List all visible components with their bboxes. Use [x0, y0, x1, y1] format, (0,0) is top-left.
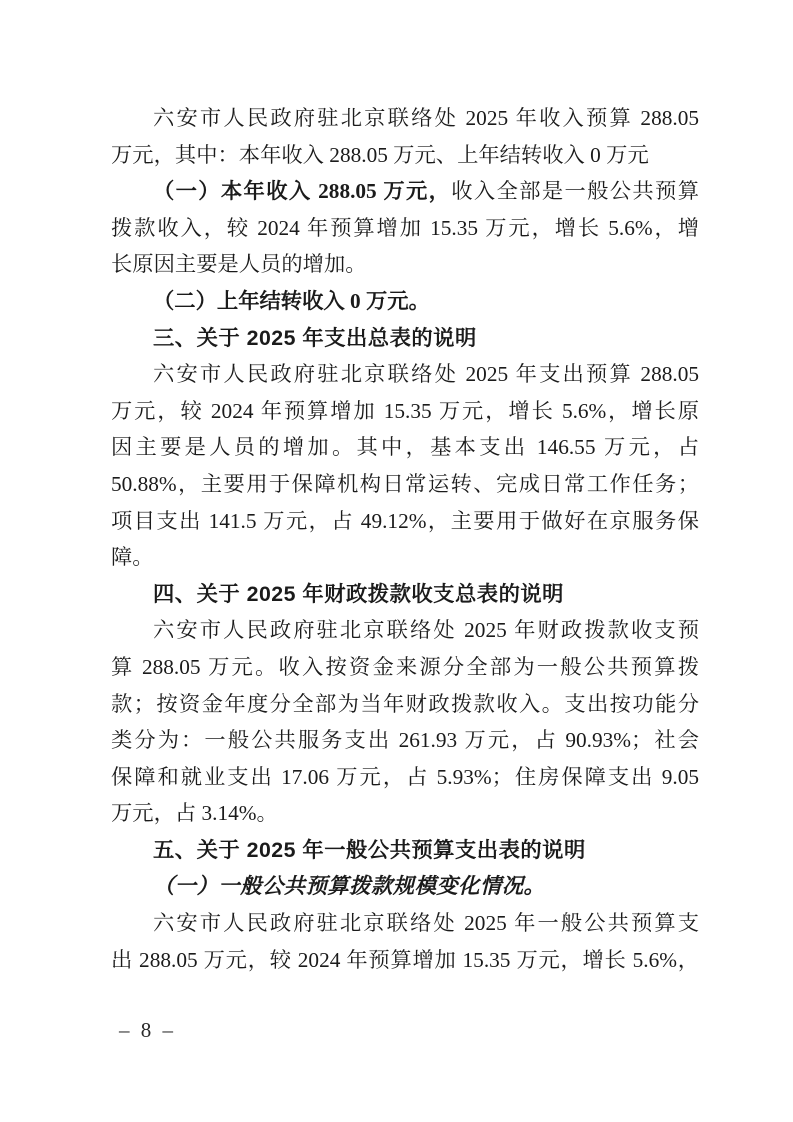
paragraph-line: 50.88%，主要用于保障机构日常运转、完成日常工作任务；	[111, 466, 699, 503]
bold-run: （一）本年收入 288.05 万元，	[153, 179, 451, 203]
paragraph-line: 长原因主要是人员的增加。	[111, 246, 699, 283]
subsection-heading: （一）一般公共预算拨款规模变化情况。	[111, 868, 699, 905]
paragraph-line: 保障和就业支出 17.06 万元，占 5.93%；住房保障支出 9.05	[111, 759, 699, 796]
paragraph-line: 六安市人民政府驻北京联络处 2025 年收入预算 288.05	[111, 100, 699, 137]
paragraph-line: 因主要是人员的增加。其中，基本支出 146.55 万元，占	[111, 429, 699, 466]
paragraph-line: 款；按资金年度分全部为当年财政拨款收入。支出按功能分	[111, 686, 699, 723]
paragraph-line: 类分为：一般公共服务支出 261.93 万元，占 90.93%；社会	[111, 722, 699, 759]
section-heading-5: 五、关于 2025 年一般公共预算支出表的说明	[111, 832, 699, 869]
paragraph-line: 障。	[111, 539, 699, 576]
section-heading-3: 三、关于 2025 年支出总表的说明	[111, 320, 699, 357]
document-body: 六安市人民政府驻北京联络处 2025 年收入预算 288.05 万元，其中：本年…	[111, 100, 699, 978]
paragraph-line: 万元，占 3.14%。	[111, 795, 699, 832]
paragraph-line: 万元，较 2024 年预算增加 15.35 万元，增长 5.6%，增长原	[111, 393, 699, 430]
page-number: – 8 –	[119, 1016, 176, 1044]
paragraph-line: 项目支出 141.5 万元，占 49.12%，主要用于做好在京服务保	[111, 503, 699, 540]
subsection-heading: （二）上年结转收入 0 万元。	[111, 283, 699, 320]
section-heading-4: 四、关于 2025 年财政拨款收支总表的说明	[111, 576, 699, 613]
paragraph-line: 万元，其中：本年收入 288.05 万元、上年结转收入 0 万元	[111, 137, 699, 174]
paragraph-line: 六安市人民政府驻北京联络处 2025 年一般公共预算支	[111, 905, 699, 942]
paragraph-line: （一）本年收入 288.05 万元，收入全部是一般公共预算	[111, 173, 699, 210]
document-page: 六安市人民政府驻北京联络处 2025 年收入预算 288.05 万元，其中：本年…	[0, 0, 793, 1122]
text-run: 收入全部是一般公共预算	[451, 179, 699, 203]
paragraph-line: 算 288.05 万元。收入按资金来源分全部为一般公共预算拨	[111, 649, 699, 686]
paragraph-line: 出 288.05 万元，较 2024 年预算增加 15.35 万元，增长 5.6…	[111, 942, 699, 979]
paragraph-line: 六安市人民政府驻北京联络处 2025 年支出预算 288.05	[111, 356, 699, 393]
paragraph-line: 拨款收入，较 2024 年预算增加 15.35 万元，增长 5.6%，增	[111, 210, 699, 247]
paragraph-line: 六安市人民政府驻北京联络处 2025 年财政拨款收支预	[111, 612, 699, 649]
